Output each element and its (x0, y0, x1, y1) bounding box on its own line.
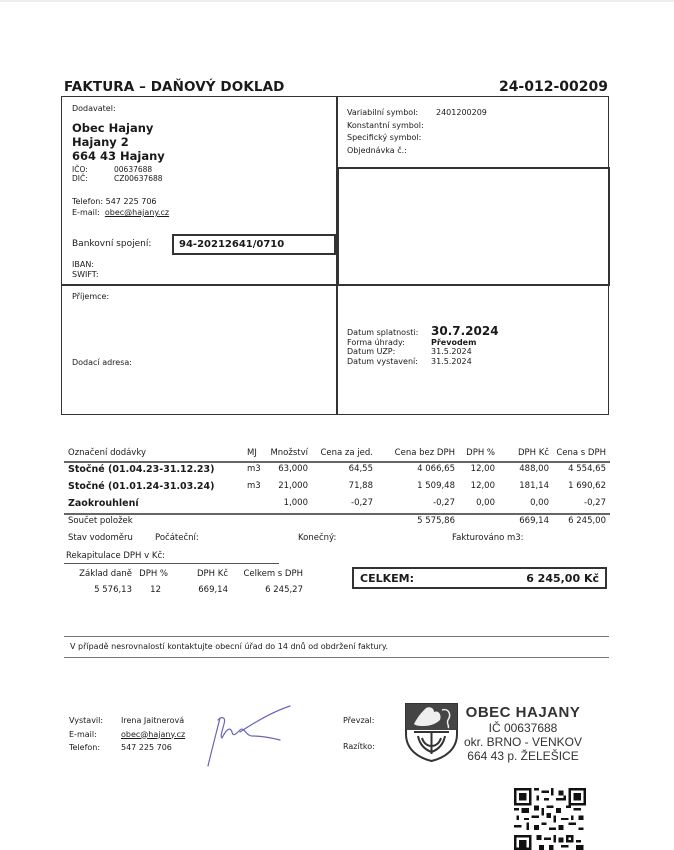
item-unit: m3 (247, 464, 261, 474)
stamp-label: Razítko: (343, 742, 375, 751)
table-row: Stočné (01.04.23-31.12.23)m363,00064,554… (65, 464, 610, 480)
table-sum-rule (64, 513, 610, 515)
item-name: Stočné (01.01.24-31.03.24) (68, 481, 214, 492)
recipient-address-box (337, 167, 610, 286)
item-unit-price: 64,55 (349, 464, 373, 474)
item-price-with-vat: 1 690,62 (568, 481, 606, 491)
stamp-line-2: IČ 00637688 (458, 721, 588, 735)
grand-total-box: CELKEM: 6 245,00 Kč (352, 567, 607, 589)
scan-edge (0, 0, 674, 2)
vat-total-header: Celkem s DPH (243, 569, 303, 579)
item-price-without-vat: 4 066,65 (417, 464, 455, 474)
sum-label: Součet položek (68, 516, 133, 526)
vat-base-header: Základ daně (79, 569, 132, 579)
iban-label: IBAN: (72, 260, 99, 270)
coat-of-arms-icon (404, 702, 459, 762)
item-quantity: 63,000 (278, 464, 308, 474)
grand-total-value: 6 245,00 Kč (526, 572, 599, 585)
item-unit-price: -0,27 (351, 498, 373, 508)
sum-vat: 669,14 (519, 516, 549, 526)
recipient-label: Příjemce: (72, 292, 109, 301)
issue-date-value: 31.5.2024 (431, 357, 472, 366)
notice-text: V případě nesrovnalostí kontaktujte obec… (70, 642, 388, 651)
stamp-line-1: OBEC HAJANY (458, 704, 588, 721)
bank-label: Bankovní spojení: (72, 239, 151, 249)
uzp-date-label: Datum UZP: (347, 347, 431, 357)
item-vat-amount: 488,00 (519, 464, 549, 474)
issuer-email-link[interactable]: obec@hajany.cz (121, 730, 185, 739)
stamp-line-3: okr. BRNO - VENKOV (458, 735, 588, 749)
issuer-phone-label: Telefon: (69, 741, 121, 755)
payment-block: Datum splatnosti:30.7.2024 Forma úhrady:… (347, 327, 499, 366)
grand-total-label: CELKEM: (360, 572, 414, 585)
bank-codes: IBAN: SWIFT: (72, 260, 99, 279)
symbols-block: Variabilní symbol:2401200209 Konstantní … (347, 107, 487, 157)
payment-method-label: Forma úhrady: (347, 338, 431, 348)
delivery-address-label: Dodací adresa: (72, 358, 132, 367)
meter-start-label: Počáteční: (155, 533, 199, 543)
ico-value: 00637688 (114, 165, 152, 174)
vat-base-value: 5 576,13 (94, 585, 132, 595)
billed-m3-label: Fakturováno m3: (452, 533, 524, 543)
column-header: DPH % (466, 448, 495, 458)
column-header: Cena bez DPH (395, 448, 455, 458)
column-header: Množství (270, 448, 308, 458)
stamp: OBEC HAJANY IČ 00637688 okr. BRNO - VENK… (458, 704, 588, 763)
dic-label: DIČ: (72, 174, 114, 183)
supplier-name: Obec Hajany Hajany 2 664 43 Hajany (72, 121, 165, 163)
vat-recap-rule (64, 563, 279, 564)
supplier-ids: IČO:00637688 DIČ:CZ00637688 (72, 165, 163, 183)
vat-total-value: 6 245,27 (265, 585, 303, 595)
issued-by-value: Irena Jaitnerová (121, 716, 184, 725)
vat-amount-header: DPH Kč (197, 569, 228, 579)
vat-recap-row: 5 576,13 12 669,14 6 245,27 (64, 585, 309, 599)
item-name: Zaokrouhlení (68, 498, 139, 509)
supplier-name-line: Obec Hajany (72, 121, 165, 135)
column-header: DPH Kč (518, 448, 549, 458)
item-vat-amount: 181,14 (519, 481, 549, 491)
table-row: Zaokrouhlení1,000-0,27-0,270,000,00-0,27 (65, 498, 610, 514)
variable-symbol-label: Variabilní symbol: (347, 107, 436, 120)
column-header: Cena za jed. (320, 448, 373, 458)
issue-date-label: Datum vystavení: (347, 357, 431, 367)
table-header-rule (64, 461, 610, 463)
item-price-with-vat: 4 554,65 (568, 464, 606, 474)
qr-code-icon (514, 788, 586, 850)
payment-method-value: Převodem (431, 338, 476, 347)
document-number: 24-012-00209 (499, 79, 608, 95)
supplier-label: Dodavatel: (72, 104, 116, 113)
item-vat-amount: 0,00 (530, 498, 549, 508)
notice-rule-top (64, 636, 609, 637)
email-label: E-mail: (72, 208, 100, 217)
constant-symbol-label: Konstantní symbol: (347, 120, 487, 133)
phone-value: 547 225 706 (106, 197, 157, 206)
phone-label: Telefon: (72, 197, 103, 206)
order-number-label: Objednávka č.: (347, 145, 487, 158)
issuer-phone-value: 547 225 706 (121, 743, 172, 752)
document-title: FAKTURA – DAŇOVÝ DOKLAD (64, 79, 284, 95)
stamp-line-4: 664 43 p. ŽELEŠICE (458, 749, 588, 763)
variable-symbol-value: 2401200209 (436, 108, 487, 117)
meter-label: Stav vodoměru (68, 533, 133, 543)
item-unit: m3 (247, 481, 261, 491)
supplier-city: 664 43 Hajany (72, 149, 165, 163)
vat-amount-value: 669,14 (198, 585, 228, 595)
swift-label: SWIFT: (72, 270, 99, 280)
due-date-value: 30.7.2024 (431, 324, 499, 338)
item-vat-rate: 12,00 (471, 464, 495, 474)
sum-row: Součet položek 5 575,86 669,14 6 245,00 (65, 516, 610, 532)
vat-recap-title: Rekapitulace DPH v Kč: (66, 551, 165, 561)
vat-rate-header: DPH % (139, 569, 168, 579)
item-quantity: 1,000 (284, 498, 308, 508)
supplier-contact: Telefon: 547 225 706 E-mail: obec@hajany… (72, 196, 169, 218)
column-header: MJ (247, 448, 257, 458)
received-by-label: Převzal: (343, 716, 374, 725)
meter-end-label: Konečný: (298, 533, 336, 543)
specific-symbol-label: Specifický symbol: (347, 132, 487, 145)
item-price-with-vat: -0,27 (584, 498, 606, 508)
supplier-street: Hajany 2 (72, 135, 165, 149)
issuer-email-label: E-mail: (69, 728, 121, 742)
issued-by-label: Vystavil: (69, 714, 121, 728)
sum-with-vat: 6 245,00 (568, 516, 606, 526)
column-header: Označení dodávky (68, 448, 146, 458)
bank-account: 94-20212641/0710 (172, 234, 336, 255)
item-name: Stočné (01.04.23-31.12.23) (68, 464, 214, 475)
due-date-label: Datum splatnosti: (347, 328, 431, 338)
notice-rule-bottom (64, 657, 609, 658)
vat-recap-header: Základ daně DPH % DPH Kč Celkem s DPH (64, 569, 309, 583)
item-vat-rate: 0,00 (476, 498, 495, 508)
signature-icon (200, 704, 295, 769)
item-price-without-vat: 1 509,48 (417, 481, 455, 491)
item-vat-rate: 12,00 (471, 481, 495, 491)
item-quantity: 21,000 (278, 481, 308, 491)
email-link[interactable]: obec@hajany.cz (105, 208, 169, 217)
table-row: Stočné (01.01.24-31.03.24)m321,00071,881… (65, 481, 610, 497)
column-header: Cena s DPH (556, 448, 606, 458)
item-unit-price: 71,88 (349, 481, 373, 491)
ico-label: IČO: (72, 165, 114, 174)
vat-rate-value: 12 (150, 585, 161, 595)
uzp-date-value: 31.5.2024 (431, 347, 472, 356)
item-price-without-vat: -0,27 (433, 498, 455, 508)
meter-row: Stav vodoměru Počáteční: Konečný: Faktur… (68, 533, 613, 547)
issuer-block: Vystavil:Irena Jaitnerová E-mail:obec@ha… (69, 714, 185, 755)
sum-without-vat: 5 575,86 (417, 516, 455, 526)
dic-value: CZ00637688 (114, 174, 163, 183)
